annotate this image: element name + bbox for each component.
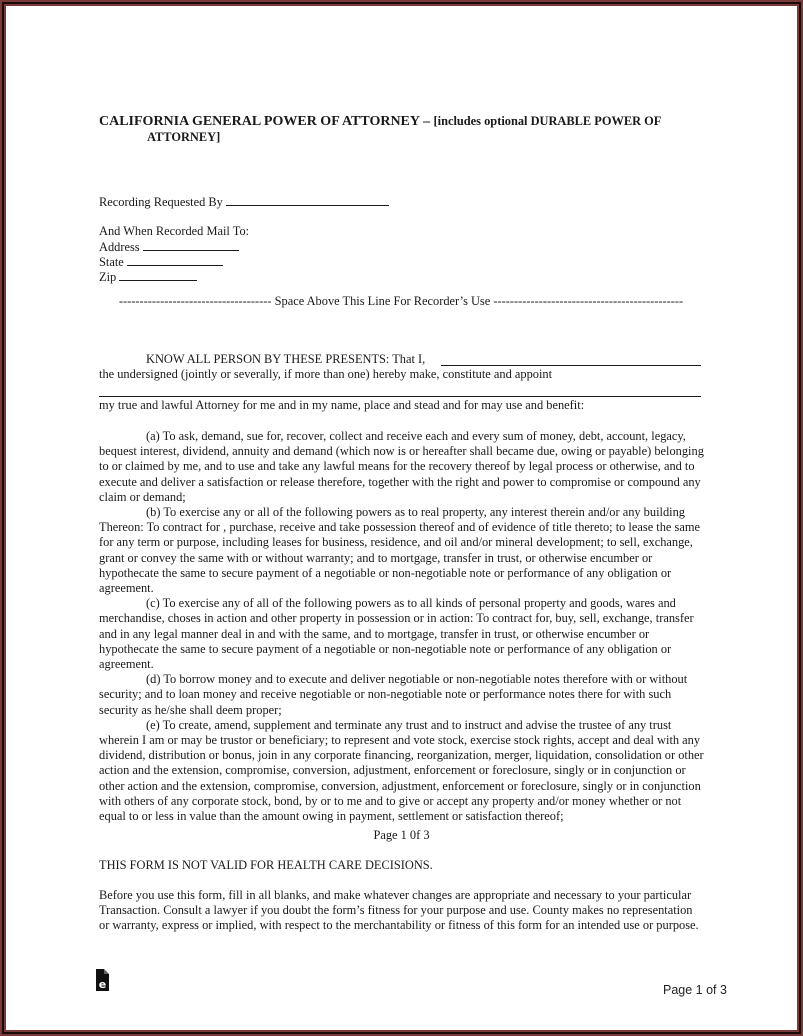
power-d: (d) To borrow money and to execute and d… xyxy=(99,672,705,718)
zip-blank[interactable] xyxy=(119,269,197,281)
footer-page-number: Page 1 of 3 xyxy=(663,983,727,998)
document-page: CALIFORNIA GENERAL POWER OF ATTORNEY – [… xyxy=(6,6,797,1030)
powers-list: (a) To ask, demand, sue for, recover, co… xyxy=(99,429,705,824)
recorder-divider: ------------------------------------- Sp… xyxy=(99,294,703,309)
inner-page-number: Page 1 0f 3 xyxy=(6,828,797,843)
svg-text:e: e xyxy=(99,978,106,991)
address-field: Address xyxy=(99,239,239,255)
state-label: State xyxy=(99,255,124,269)
power-b: (b) To exercise any or all of the follow… xyxy=(99,505,705,596)
attorney-name-blank[interactable] xyxy=(99,396,701,397)
title-main: CALIFORNIA GENERAL POWER OF ATTORNEY – xyxy=(99,114,430,129)
disclaimer-text: Before you use this form, fill in all bl… xyxy=(99,888,705,934)
title-line2: ATTORNEY] xyxy=(147,129,220,145)
recording-requested-by-label: Recording Requested By xyxy=(99,195,223,209)
address-blank[interactable] xyxy=(143,239,239,251)
address-label: Address xyxy=(99,240,140,254)
mail-to-label: And When Recorded Mail To: xyxy=(99,224,249,239)
recording-requested-by-field: Recording Requested By xyxy=(99,194,389,210)
disclaimer: Before you use this form, fill in all bl… xyxy=(99,888,705,934)
power-a: (a) To ask, demand, sue for, recover, co… xyxy=(99,429,705,505)
zip-label: Zip xyxy=(99,270,116,284)
power-e: (e) To create, amend, supplement and ter… xyxy=(99,718,705,824)
state-blank[interactable] xyxy=(127,254,223,266)
health-care-notice: THIS FORM IS NOT VALID FOR HEALTH CARE D… xyxy=(99,858,433,873)
eforms-document-icon: e xyxy=(96,967,109,992)
attorney-statement: my true and lawful Attorney for me and i… xyxy=(99,398,584,413)
zip-field: Zip xyxy=(99,269,197,285)
power-c: (c) To exercise any of all of the follow… xyxy=(99,596,705,672)
title-sub: [includes optional DURABLE POWER OF xyxy=(434,114,662,128)
state-field: State xyxy=(99,254,223,270)
document-title: CALIFORNIA GENERAL POWER OF ATTORNEY – [… xyxy=(99,113,661,130)
know-all-statement: KNOW ALL PERSON BY THESE PRESENTS: That … xyxy=(146,352,425,367)
undersigned-statement: the undersigned (jointly or severally, i… xyxy=(99,367,552,382)
recording-requested-by-blank[interactable] xyxy=(226,194,389,206)
principal-name-blank[interactable] xyxy=(441,365,701,366)
